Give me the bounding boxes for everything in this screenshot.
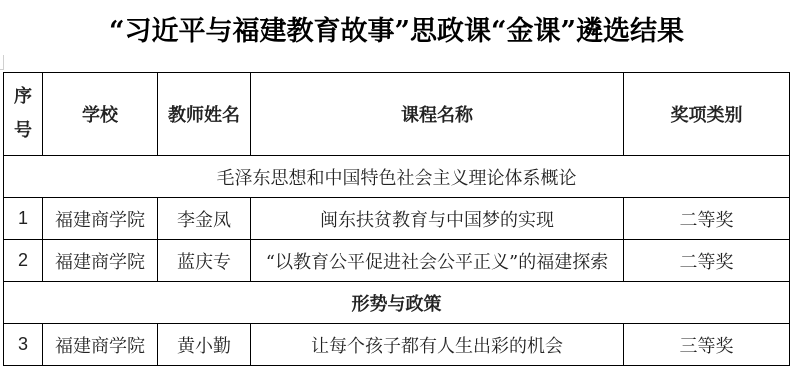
header-seq-line2: 号 (14, 120, 32, 141)
table-row: 1 福建商学院 李金凤 闽东扶贫教育与中国梦的实现 二等奖 (4, 198, 790, 240)
cell-school: 福建商学院 (43, 198, 158, 240)
cell-course: 让每个孩子都有人生出彩的机会 (251, 324, 624, 366)
cell-award: 三等奖 (624, 324, 790, 366)
cell-teacher: 黄小勤 (158, 324, 251, 366)
document-title: “习近平与福建教育故事”思政课“金课”遴选结果 (0, 14, 793, 50)
cell-course: 闽东扶贫教育与中国梦的实现 (251, 198, 624, 240)
table-header-row: 序 号 学校 教师姓名 课程名称 奖项类别 (4, 73, 790, 156)
section-title: 毛泽东思想和中国特色社会主义理论体系概论 (4, 156, 790, 198)
section-row: 形势与政策 (4, 282, 790, 324)
cell-school: 福建商学院 (43, 324, 158, 366)
cell-teacher: 李金凤 (158, 198, 251, 240)
cell-school: 福建商学院 (43, 240, 158, 282)
table-row: 3 福建商学院 黄小勤 让每个孩子都有人生出彩的机会 三等奖 (4, 324, 790, 366)
header-course: 课程名称 (251, 73, 624, 156)
section-row: 毛泽东思想和中国特色社会主义理论体系概论 (4, 156, 790, 198)
page-corner-mark (0, 55, 4, 70)
cell-course: “以教育公平促进社会公平正义”的福建探索 (251, 240, 624, 282)
header-seq-line1: 序 (14, 86, 32, 107)
cell-seq: 1 (4, 198, 43, 240)
header-seq: 序 号 (4, 73, 43, 156)
cell-seq: 3 (4, 324, 43, 366)
section-title: 形势与政策 (4, 282, 790, 324)
header-award: 奖项类别 (624, 73, 790, 156)
results-table: 序 号 学校 教师姓名 课程名称 奖项类别 毛泽东思想和中国特色社会主义理论体系… (3, 72, 790, 366)
cell-award: 二等奖 (624, 240, 790, 282)
cell-teacher: 蓝庆专 (158, 240, 251, 282)
header-school: 学校 (43, 73, 158, 156)
cell-seq: 2 (4, 240, 43, 282)
cell-award: 二等奖 (624, 198, 790, 240)
table-row: 2 福建商学院 蓝庆专 “以教育公平促进社会公平正义”的福建探索 二等奖 (4, 240, 790, 282)
header-teacher: 教师姓名 (158, 73, 251, 156)
